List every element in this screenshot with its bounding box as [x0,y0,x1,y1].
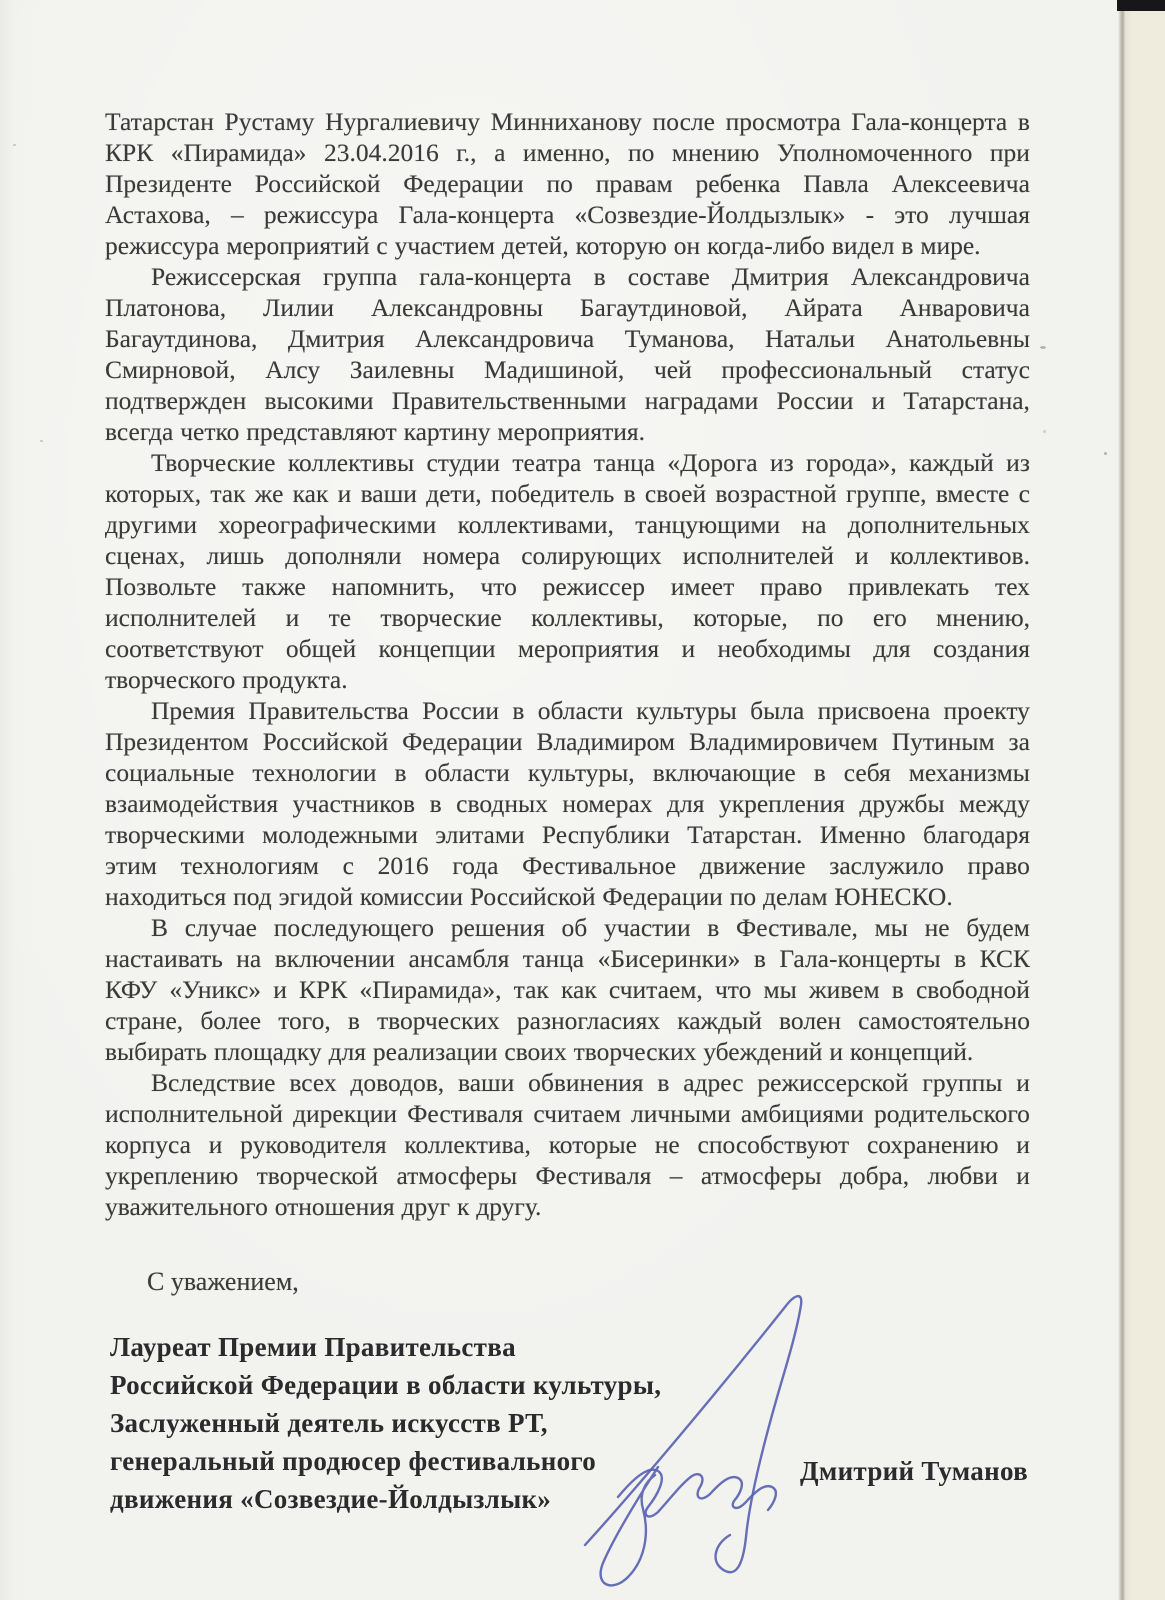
text-line: КФУ«Уникс»иКРК«Пирамида»,таккаксчитаем,ч… [105,974,1030,1005]
text-line: Астахова,–режиссураГала-концерта«Созвезд… [105,199,1030,230]
scan-speck [1043,430,1046,433]
text-line: Позвольтетакженапомнить,чторежиссеримеет… [105,571,1030,602]
page-edge-line [1118,0,1125,1600]
text-line: которых,такжекакивашидети,победительвсво… [105,478,1030,509]
text-line: взаимодействияучастниковвсводныхномерахд… [105,788,1030,819]
scan-speck [40,440,43,442]
text-line: другимихореографическимиколлективами,тан… [105,509,1030,540]
text-line: исполнительнойдирекцииФестивалясчитаемли… [105,1098,1030,1129]
text-line: находитьсяподэгидойкомиссииРоссийскойФед… [105,881,1030,912]
text-line: Смирновой,АлсуЗаилевныМадишиной,чейпрофе… [105,354,1030,385]
scan-speck [1104,452,1107,455]
text-line: социальныетехнологиивобластикультуры,вкл… [105,757,1030,788]
text-line: творческимимолодежнымиэлитамиРеспубликиТ… [105,819,1030,850]
text-line: Багаутдинова,ДмитрияАлександровичаТумано… [105,323,1030,354]
letter-body: ТатарстанРустамуНургалиевичуМиннихановуп… [105,106,1030,1222]
closing-salutation: С уважением, [147,1266,299,1297]
text-line: выбиратьплощадкудляреализациисвоихтворче… [105,1036,1030,1067]
text-line: корпусаируководителяколлектива,которыене… [105,1129,1030,1160]
text-line: Режиссерскаягруппагала-концертавсоставеД… [105,261,1030,292]
text-line: уважительногоотношениядругкдругу. [105,1191,1030,1222]
text-line: ПрезидентеРоссийскойФедерациипоправамреб… [105,168,1030,199]
text-line: ТатарстанРустамуНургалиевичуМиннихановуп… [105,106,1030,137]
text-line: настаиватьнавключенииансамблятанца«Бисер… [105,943,1030,974]
scan-speck [1040,346,1046,349]
text-line: сценах,лишьдополнялиномерасолирующихиспо… [105,540,1030,571]
scanned-letter-page: ТатарстанРустамуНургалиевичуМиннихановуп… [0,0,1165,1600]
text-line: этимтехнологиямс2016годаФестивальноедвиж… [105,850,1030,881]
text-line: подтвержденвысокимиПравительственныминаг… [105,385,1030,416]
signer-name: Дмитрий Туманов [800,1452,1028,1490]
text-line: исполнителейитетворческиеколлективы,кото… [105,602,1030,633]
text-line: Платонова,ЛилииАлександровныБагаутдиново… [105,292,1030,323]
scanner-dark-bar [1117,0,1165,11]
handwritten-signature-icon [540,1245,840,1595]
text-line: ПрезидентомРоссийскойФедерацииВладимиром… [105,726,1030,757]
text-line: Творческиеколлективыстудиитеатратанца«До… [105,447,1030,478]
scan-speck [13,144,16,146]
text-line: режиссурамероприятийсучастиемдетей,котор… [105,230,1030,261]
text-line: соответствуютобщейконцепциимероприятияин… [105,633,1030,664]
text-line: творческогопродукта. [105,664,1030,695]
text-line: всегдачеткопредставляюткартинумероприяти… [105,416,1030,447]
text-line: КРК«Пирамида»23.04.2016г.,аименно,помнен… [105,137,1030,168]
scanner-background-strip [1124,0,1165,1600]
text-line: укреплениютворческойатмосферыФестиваля–а… [105,1160,1030,1191]
text-line: ВслучаепоследующегорешенияобучастиивФест… [105,912,1030,943]
text-line: ПремияПравительстваРоссиивобластикультур… [105,695,1030,726]
text-line: стране,болеетого,втворческихразногласиях… [105,1005,1030,1036]
text-line: Вследствиевсехдоводов,вашиобвинениявадре… [105,1067,1030,1098]
